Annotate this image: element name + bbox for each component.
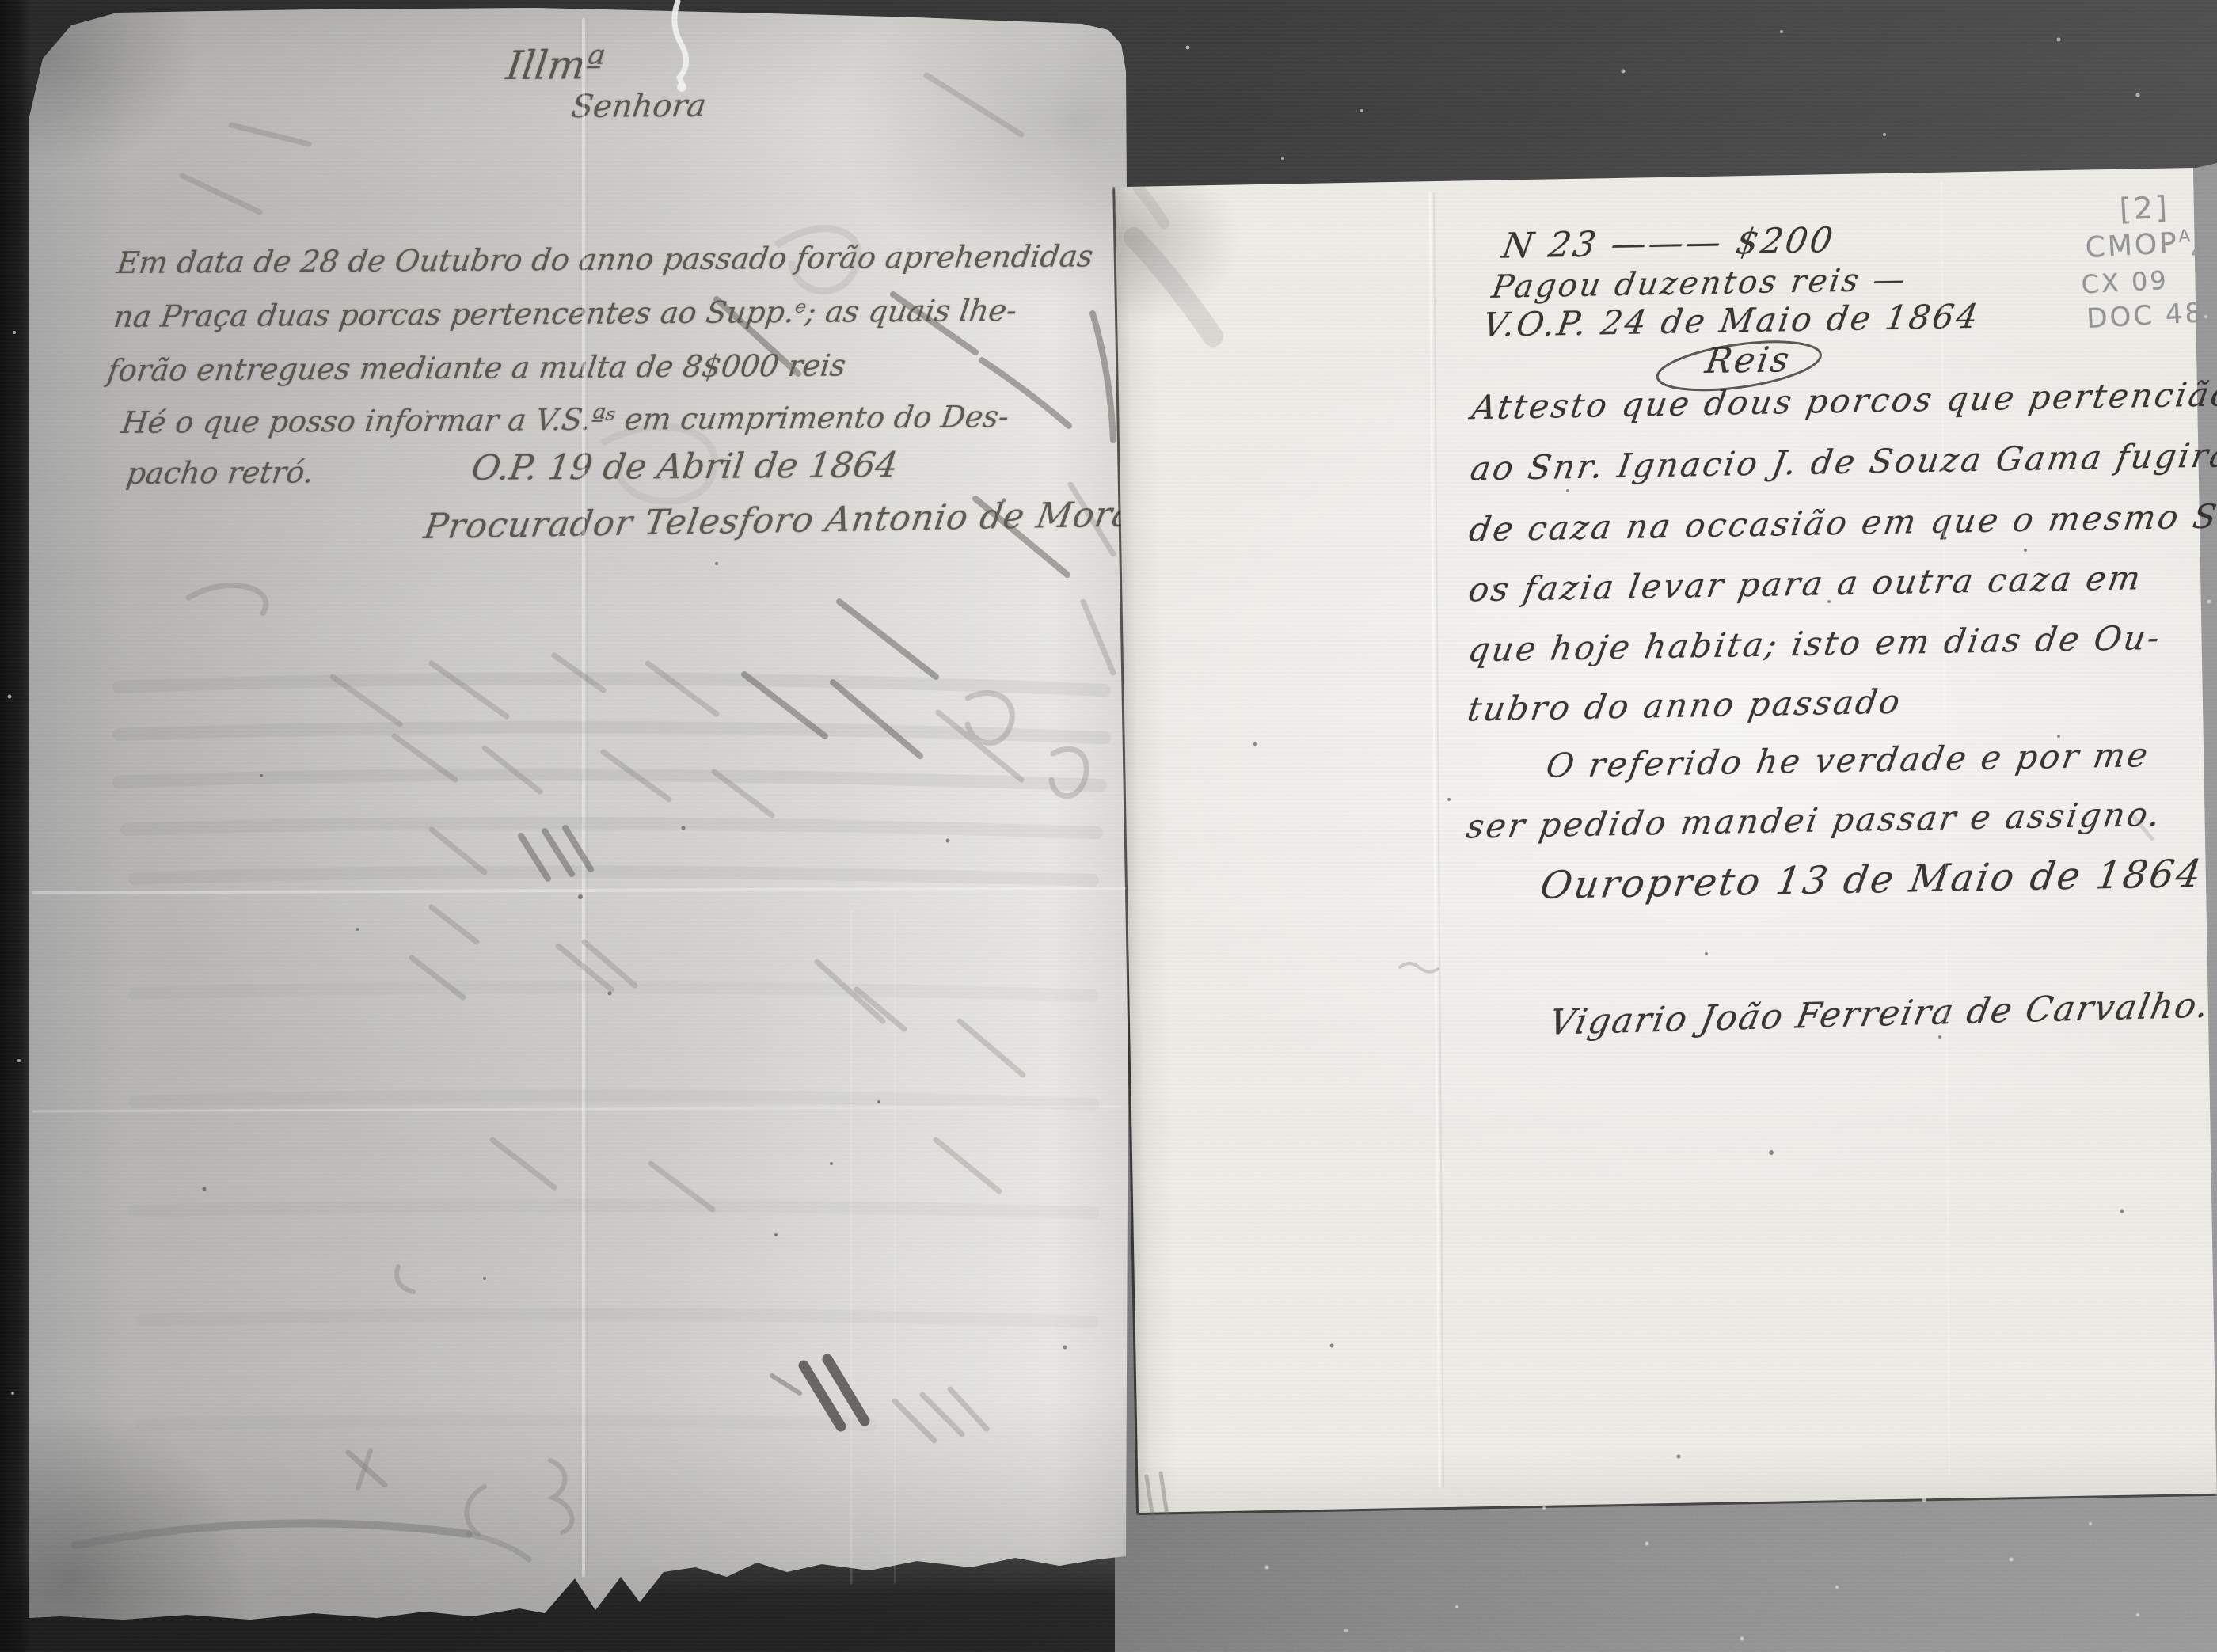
left-body-line: Hé o que posso informar a V.S.ªˢ em cump… xyxy=(120,399,1011,440)
left-body-line: Em data de 28 de Outubro do anno passado… xyxy=(115,238,1095,280)
left-date-line: O.P. 19 de Abril de 1864 xyxy=(470,445,900,488)
salutation-line-2: Senhora xyxy=(569,88,709,125)
right-body-line: ao Snr. Ignacio J. de Souza Gama fugirão xyxy=(1468,435,2217,488)
right-body-line: ser pedido mandei passar e assigno. xyxy=(1464,795,2166,846)
collection-code: CMOP xyxy=(2085,227,2180,264)
left-body-line: na Praça duas porcas pertencentes ao Sup… xyxy=(112,293,1019,334)
left-body-line: pacho retró. xyxy=(124,454,316,491)
collection-sup: A xyxy=(2178,226,2191,247)
scanned-document-image: Illmª Senhora Em data de 28 de Outubro d… xyxy=(0,0,2217,1652)
right-body-line: tubro do anno passado xyxy=(1465,682,1905,729)
right-signature: Vigario João Ferreira de Carvalho. xyxy=(1546,985,2213,1042)
document-annotation: DOC 48 xyxy=(2086,297,2205,335)
right-body-line: O referido he verdade e por me xyxy=(1543,735,2152,785)
right-body-line: Attesto que dous porcos que pertencião xyxy=(1469,374,2217,427)
left-signature: Procurador Telesforo Antonio de Moraes xyxy=(421,493,1177,547)
left-body-line: forão entregues mediante a multa de 8$00… xyxy=(105,347,848,388)
right-body-line: os fazia levar para a outra caza em xyxy=(1466,558,2145,609)
collection-sub: 4 xyxy=(2191,242,2203,263)
right-date-line: Ouropreto 13 de Maio de 1864 xyxy=(1538,852,2207,908)
box-annotation: CX 09 xyxy=(2081,265,2169,300)
right-document-page: [2] CMOPA4 CX 09 DOC 48 N 23 ——— $200 Pa… xyxy=(1115,168,2217,1513)
scanner-background-left-edge xyxy=(0,0,30,1652)
left-document-page: Illmª Senhora Em data de 28 de Outubro d… xyxy=(29,8,1129,1627)
collection-annotation: CMOPA4 xyxy=(2085,226,2203,268)
page-number-annotation: [2] xyxy=(2119,189,2170,226)
rubric-signature: Reis xyxy=(1702,340,1794,382)
salutation-line-1: Illmª xyxy=(504,42,607,89)
right-body-line: que hoje habita; isto em dias de Ou- xyxy=(1466,618,2165,670)
right-body-line: de caza na occasião em que o mesmo Snr. xyxy=(1466,496,2217,549)
registry-number-line: N 23 ——— $200 xyxy=(1500,220,1838,267)
